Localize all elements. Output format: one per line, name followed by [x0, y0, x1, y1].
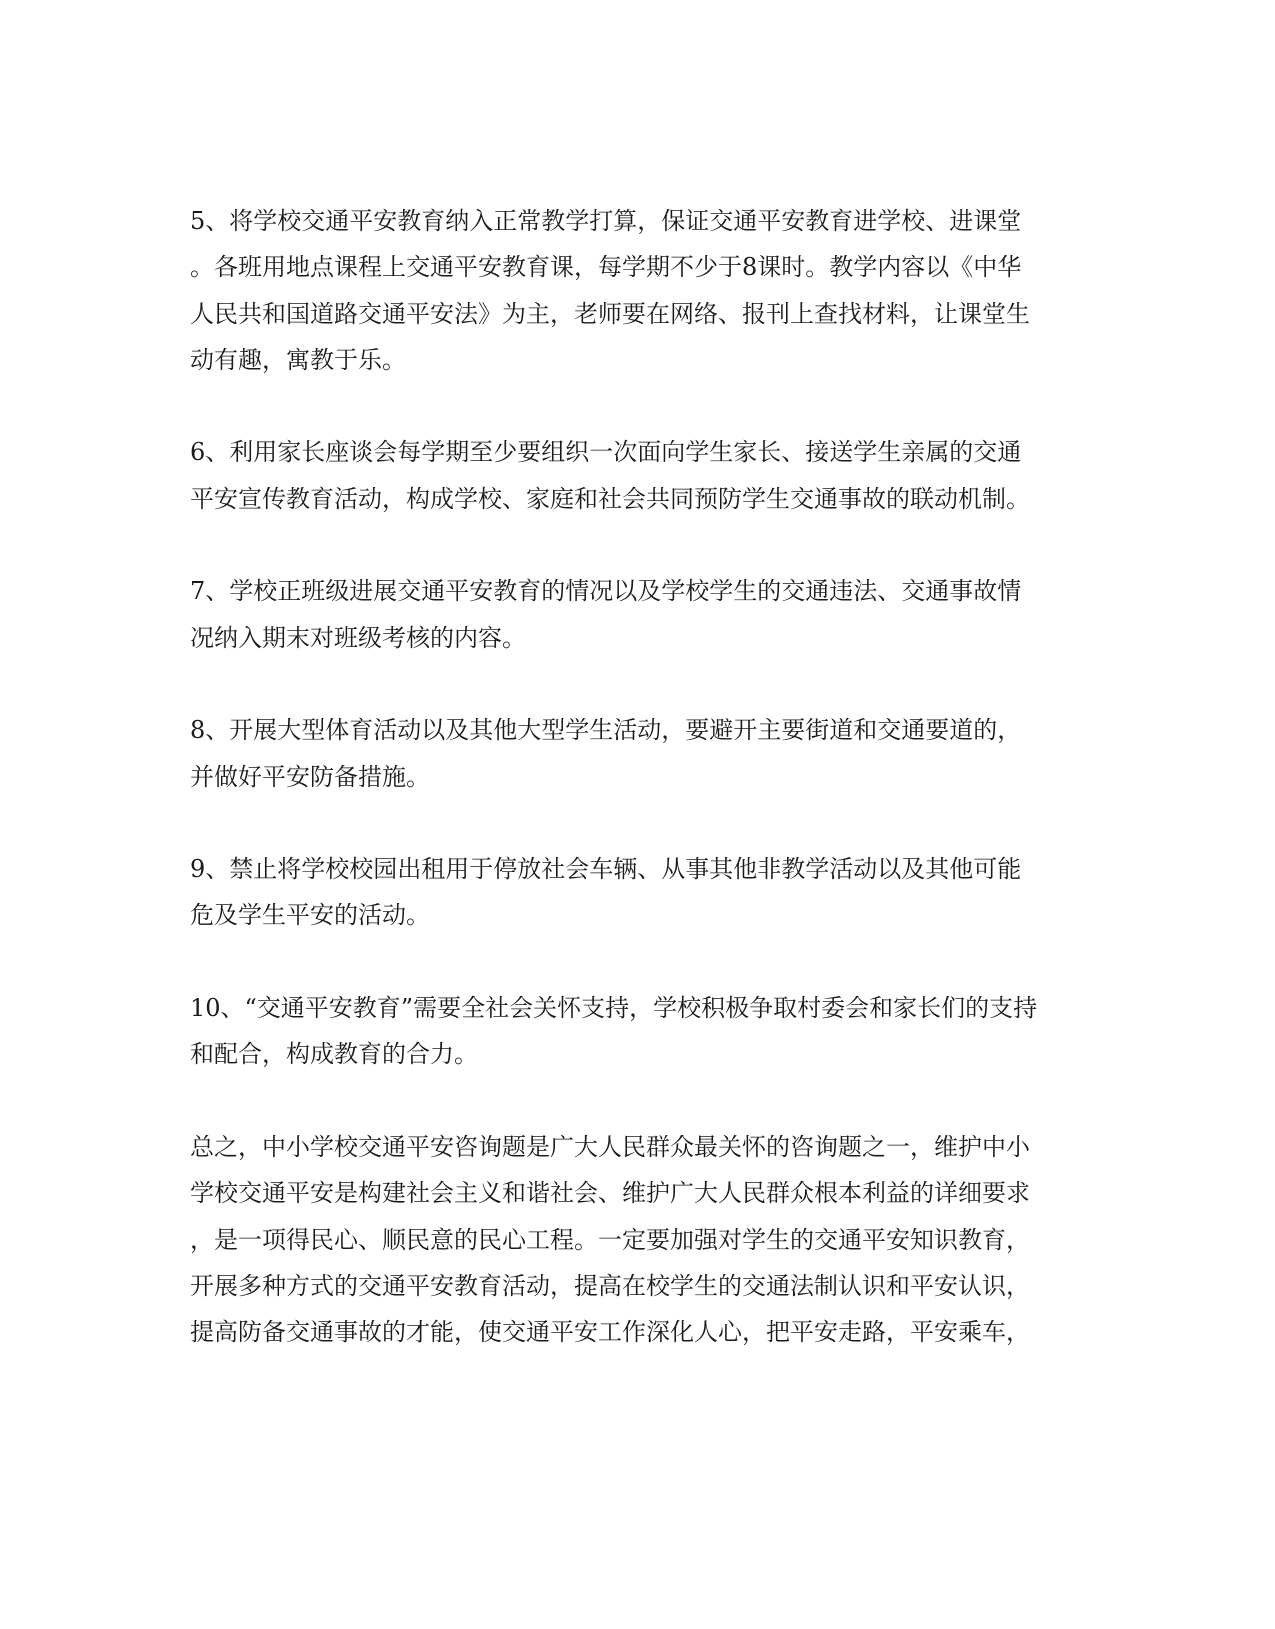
- text-line: 开展多种方式的交通平安教育活动，提高在校学生的交通法制认识和平安认识，: [190, 1263, 1050, 1309]
- paragraph-item-6: 6、利用家长座谈会每学期至少要组织一次面向学生家长、接送学生亲属的交通 平安宣传…: [190, 429, 1050, 522]
- document-page: 5、将学校交通平安教育纳入正常教学打算，保证交通平安教育进学校、进课堂 。各班用…: [190, 198, 1050, 1355]
- text-line: 10、“交通平安教育”需要全社会关怀支持，学校积极争取村委会和家长们的支持: [190, 985, 1050, 1031]
- text-line: 危及学生平安的活动。: [190, 892, 1050, 938]
- text-line: 7、学校正班级进展交通平安教育的情况以及学校学生的交通违法、交通事故情: [190, 568, 1050, 614]
- text-line: 9、禁止将学校校园出租用于停放社会车辆、从事其他非教学活动以及其他可能: [190, 846, 1050, 892]
- text-line: 总之，中小学校交通平安咨询题是广大人民群众最关怀的咨询题之一，维护中小: [190, 1124, 1050, 1170]
- paragraph-item-7: 7、学校正班级进展交通平安教育的情况以及学校学生的交通违法、交通事故情 况纳入期…: [190, 568, 1050, 661]
- text-line: ，是一项得民心、顺民意的民心工程。一定要加强对学生的交通平安知识教育，: [190, 1217, 1050, 1263]
- text-line: 。各班用地点课程上交通平安教育课，每学期不少于8课时。教学内容以《中华: [190, 244, 1050, 290]
- text-line: 动有趣，寓教于乐。: [190, 337, 1050, 383]
- paragraph-item-10: 10、“交通平安教育”需要全社会关怀支持，学校积极争取村委会和家长们的支持 和配…: [190, 985, 1050, 1078]
- paragraph-conclusion: 总之，中小学校交通平安咨询题是广大人民群众最关怀的咨询题之一，维护中小 学校交通…: [190, 1124, 1050, 1355]
- text-line: 并做好平安防备措施。: [190, 754, 1050, 800]
- paragraph-item-5: 5、将学校交通平安教育纳入正常教学打算，保证交通平安教育进学校、进课堂 。各班用…: [190, 198, 1050, 383]
- paragraph-item-9: 9、禁止将学校校园出租用于停放社会车辆、从事其他非教学活动以及其他可能 危及学生…: [190, 846, 1050, 939]
- text-line: 6、利用家长座谈会每学期至少要组织一次面向学生家长、接送学生亲属的交通: [190, 429, 1050, 475]
- text-line: 学校交通平安是构建社会主义和谐社会、维护广大人民群众根本利益的详细要求: [190, 1170, 1050, 1216]
- text-line: 况纳入期末对班级考核的内容。: [190, 615, 1050, 661]
- text-line: 5、将学校交通平安教育纳入正常教学打算，保证交通平安教育进学校、进课堂: [190, 198, 1050, 244]
- text-line: 提高防备交通事故的才能，使交通平安工作深化人心，把平安走路，平安乘车，: [190, 1309, 1050, 1355]
- text-line: 人民共和国道路交通平安法》为主，老师要在网络、报刊上查找材料，让课堂生: [190, 291, 1050, 337]
- text-line: 和配合，构成教育的合力。: [190, 1031, 1050, 1077]
- text-line: 平安宣传教育活动，构成学校、家庭和社会共同预防学生交通事故的联动机制。: [190, 476, 1050, 522]
- paragraph-item-8: 8、开展大型体育活动以及其他大型学生活动，要避开主要街道和交通要道的， 并做好平…: [190, 707, 1050, 800]
- text-line: 8、开展大型体育活动以及其他大型学生活动，要避开主要街道和交通要道的，: [190, 707, 1050, 753]
